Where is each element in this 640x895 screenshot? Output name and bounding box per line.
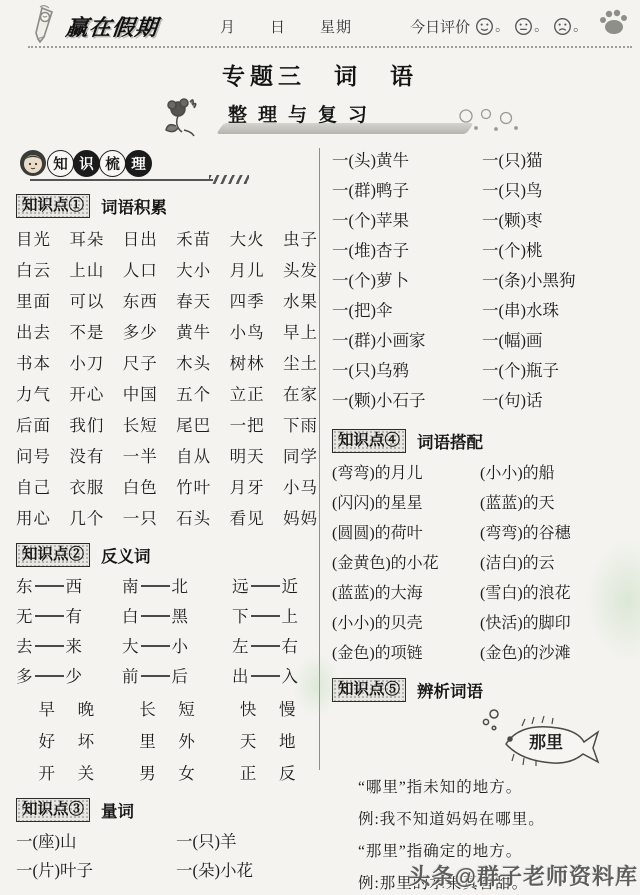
word-cell: 可以 [69,286,104,317]
antonym-pair: 南北 [122,572,232,602]
collocation-item: (小小)的船 [480,459,634,489]
antonym-pair: 下上 [232,602,318,632]
antonym-row: 多少 前后 出入 [16,662,318,692]
antonym-second: 短 [178,694,195,726]
date-fields: 月 日 星期 [220,16,352,37]
badge-char: 知 [47,150,74,177]
measure-word: 一(串)水珠 [482,296,634,326]
word-cell: 在家 [283,379,318,410]
word-cell: 目光 [16,224,51,255]
antonym-second: 上 [282,607,299,626]
word-cell: 妈妈 [283,503,318,534]
dash-line [141,615,170,617]
word-cell: 石头 [176,503,211,534]
collocation-item: (蓝蓝)的大海 [332,579,480,609]
measure-word: 一(只)鸟 [482,176,634,206]
antonym-pair: 无有 [16,602,122,632]
word-row: 后面我们长短尾巴一把下雨 [16,410,318,441]
evaluation-mark: 。 [573,16,587,36]
word-cell: 自己 [16,472,51,503]
word-cell: 早上 [283,317,318,348]
measure-word: 一(座)山 [16,827,176,856]
kp3-title: 量词 [101,798,134,822]
antonym-second: 小 [172,637,189,656]
antonym-first: 男 [139,758,156,790]
measure-word: 一(幅)画 [482,326,634,356]
word-cell: 尺子 [123,348,158,379]
kp3-badge: 知识点③ [16,798,90,822]
word-cell: 衣服 [69,472,104,503]
antonym-first: 去 [16,637,33,656]
dash-line [35,645,64,647]
measure-word: 一(朵)小花 [176,856,318,885]
evaluation-mark: 。 [495,16,509,36]
word-cell: 尾巴 [176,410,211,441]
antonym-pair: 远近 [232,572,318,602]
antonym-pair: 开关 [16,758,117,790]
measure-word: 一(只)羊 [176,827,318,856]
neutral-face-icon [514,17,533,36]
measure-word: 一(片)叶子 [16,856,176,885]
antonym-pair: 多少 [16,662,122,692]
antonym-first: 出 [232,667,249,686]
antonym-pair: 去来 [16,632,122,662]
word-cell: 看见 [230,503,265,534]
word-cell: 木头 [176,348,211,379]
collocation-item: (弯弯)的月儿 [332,459,480,489]
word-row: 力气开心中国五个立正在家 [16,379,318,410]
antonym-row: 开关 男女 正反 [16,758,318,790]
word-cell: 人口 [123,255,158,286]
kp5-title: 辨析词语 [417,678,483,702]
antonym-first: 大 [122,637,139,656]
measure-word: 一(条)小黑狗 [482,266,634,296]
antonym-first: 早 [39,694,56,726]
measure-word: 一(个)桃 [482,236,634,266]
word-cell: 月儿 [230,255,265,286]
kp1-header: 知识点① 词语积累 [16,194,318,218]
happy-face-icon [475,17,494,36]
word-cell: 小刀 [69,348,104,379]
kp3-header: 知识点③ 量词 [16,798,318,822]
antonym-first: 天 [240,726,257,758]
review-banner: 整理与复习 [162,100,492,140]
antonym-row: 好坏 里外 天地 [16,726,318,758]
antonym-second: 有 [66,607,83,626]
antonym-first: 南 [122,577,139,596]
word-cell: 多少 [123,317,158,348]
word-cell: 一只 [123,503,158,534]
watermark-text: 头条@群子老师资料库 [409,860,638,891]
word-cell: 一把 [230,410,265,441]
word-row: 自己衣服白色竹叶月牙小马 [16,472,318,503]
antonym-first: 白 [122,607,139,626]
knowledge-strip: 知 识 梳 理 [18,148,243,184]
paw-icon [597,7,631,37]
measure-word: 一(个)苹果 [332,206,482,236]
brand-logo: 赢在假期 [64,11,159,42]
strip-badges: 知 识 梳 理 [18,148,152,178]
collocation-item: (闪闪)的星星 [332,489,480,519]
collocation-item: (小小)的贝壳 [332,609,480,639]
word-cell: 白云 [16,255,51,286]
word-cell: 春天 [176,286,211,317]
antonym-first: 远 [232,577,249,596]
word-cell: 尘土 [283,348,318,379]
dash-line [251,585,280,587]
word-cell: 后面 [16,410,51,441]
strip-line [30,179,213,181]
antonym-first: 正 [240,758,257,790]
word-cell: 自从 [176,441,211,472]
word-cell: 黄牛 [176,317,211,348]
word-row: 里面可以东西春天四季水果 [16,286,318,317]
antonym-second: 女 [178,758,195,790]
antonym-second: 地 [279,726,296,758]
header-bar: 赢在假期 月 日 星期 今日评价 。 。 [28,6,632,48]
left-column: 知识点① 词语积累 目光耳朵日出禾苗大火虫子 白云上山人口大小月儿头发 里面可以… [16,194,318,885]
measure-word: 一(个)萝卜 [332,266,482,296]
antonym-pair: 早晚 [16,694,117,726]
word-cell: 长短 [123,410,158,441]
antonym-row: 无有 白黑 下上 [16,602,318,632]
antonym-row: 东西 南北 远近 [16,572,318,602]
kp1-title: 词语积累 [101,194,167,218]
antonym-first: 开 [39,758,56,790]
antonym-row: 早晚 长短 快慢 [16,694,318,726]
flower-icon [162,96,208,138]
dash-line [35,675,64,677]
month-label: 月 [220,16,236,37]
word-cell: 一半 [123,441,158,472]
measure-word: 一(只)猫 [482,146,634,176]
word-cell: 里面 [16,286,51,317]
antonym-second: 关 [78,758,95,790]
measure-word: 一(句)话 [482,386,634,416]
explanation-line: “哪里”指未知的地方。 [358,772,634,804]
word-cell: 白色 [123,472,158,503]
word-cell: 力气 [16,379,51,410]
word-cell: 出去 [16,317,51,348]
kp4-header: 知识点④ 词语搭配 [332,429,634,453]
word-row: 出去不是多少黄牛小鸟早上 [16,317,318,348]
evaluation-label: 今日评价 [410,16,470,37]
kp1-badge: 知识点① [16,194,90,218]
measure-word: 一(个)瓶子 [482,356,634,386]
word-cell: 日出 [123,224,158,255]
scan-tint [585,538,640,663]
badge-char: 识 [73,150,100,177]
measure-word: 一(颗)枣 [482,206,634,236]
antonym-first: 里 [139,726,156,758]
collocation-item: (金黄色)的小花 [332,549,480,579]
word-cell: 东西 [123,286,158,317]
word-accumulation-grid: 目光耳朵日出禾苗大火虫子 白云上山人口大小月儿头发 里面可以东西春天四季水果 出… [16,224,318,534]
antonym-pair: 白黑 [122,602,232,632]
word-cell: 明天 [230,441,265,472]
word-cell: 耳朵 [69,224,104,255]
antonym-first: 下 [232,607,249,626]
word-cell: 树林 [230,348,265,379]
worksheet-page: 赢在假期 月 日 星期 今日评价 。 。 [0,0,640,895]
kp2-badge: 知识点② [16,543,90,567]
word-cell: 月牙 [230,472,265,503]
word-cell: 书本 [16,348,51,379]
evaluation-group: 今日评价 。 。 。 [410,16,587,37]
word-cell: 小马 [283,472,318,503]
measure-words-left: 一(座)山一(只)羊一(片)叶子一(朵)小花 [16,827,318,885]
hatch-marks [209,175,249,184]
antonym-pair: 男女 [117,758,218,790]
dash-line [251,675,280,677]
word-cell: 头发 [283,255,318,286]
measure-word: 一(颗)小石子 [332,386,482,416]
measure-word: 一(把)伞 [332,296,482,326]
word-cell: 几个 [69,503,104,534]
page-title: 专题三 词 语 [0,58,640,91]
measure-word: 一(头)黄牛 [332,146,482,176]
dash-line [35,585,64,587]
word-cell: 上山 [69,255,104,286]
antonym-second: 西 [66,577,83,596]
antonym-first: 好 [39,726,56,758]
dash-line [251,645,280,647]
antonym-plain-rows: 早晚 长短 快慢 好坏 里外 天地 [16,694,318,790]
antonym-pair: 好坏 [16,726,117,758]
antonym-first: 快 [240,694,257,726]
word-row: 书本小刀尺子木头树林尘土 [16,348,318,379]
word-cell: 四季 [230,286,265,317]
word-cell: 大火 [230,224,265,255]
antonym-dash-rows: 东西 南北 远近 无有 白黑 下上 [16,572,318,692]
measure-word: 一(群)小画家 [332,326,482,356]
word-row: 白云上山人口大小月儿头发 [16,255,318,286]
antonym-second: 反 [279,758,296,790]
antonym-first: 左 [232,637,249,656]
dash-line [141,585,170,587]
word-cell: 同学 [283,441,318,472]
antonym-second: 后 [172,667,189,686]
kp2-header: 知识点② 反义词 [16,543,318,567]
badge-char: 梳 [99,150,126,177]
dash-line [141,675,170,677]
word-cell: 禾苗 [176,224,211,255]
word-cell: 开心 [69,379,104,410]
word-row: 问号没有一半自从明天同学 [16,441,318,472]
word-cell: 水果 [283,286,318,317]
word-cell: 五个 [176,379,211,410]
antonym-second: 北 [172,577,189,596]
antonym-second: 晚 [78,694,95,726]
antonym-first: 东 [16,577,33,596]
badge-char: 理 [125,150,152,177]
scan-tint [293,652,341,718]
evaluation-mark: 。 [534,16,548,36]
word-cell: 小鸟 [230,317,265,348]
word-cell: 大小 [176,255,211,286]
collocation-item: (圆圆)的荷叶 [332,519,480,549]
kp4-title: 词语搭配 [417,429,483,453]
kp5-header: 知识点⑤ 辨析词语 [332,678,634,702]
word-cell: 问号 [16,441,51,472]
dash-line [35,615,64,617]
weekday-label: 星期 [320,16,352,37]
word-cell: 中国 [123,379,158,410]
word-cell: 虫子 [283,224,318,255]
collocation-item: (金色)的项链 [332,639,480,669]
antonym-pair: 长短 [117,694,218,726]
word-row: 用心几个一只石头看见妈妈 [16,503,318,534]
antonym-first: 多 [16,667,33,686]
word-cell: 立正 [230,379,265,410]
fish-icon: 那里 [480,706,610,770]
antonym-pair: 里外 [117,726,218,758]
antonym-second: 少 [66,667,83,686]
right-column: 一(头)黄牛一(只)猫一(群)鸭子一(只)鸟一(个)苹果一(颗)枣一(堆)杏子一… [332,146,634,895]
antonym-second: 黑 [172,607,189,626]
collocation-item: (蓝蓝)的天 [480,489,634,519]
measure-word: 一(群)鸭子 [332,176,482,206]
fish-doodle: 那里 [480,706,610,770]
antonym-first: 无 [16,607,33,626]
antonym-first: 前 [122,667,139,686]
word-row: 目光耳朵日出禾苗大火虫子 [16,224,318,255]
antonym-pair: 天地 [217,726,318,758]
antonym-first: 长 [139,694,156,726]
word-cell: 我们 [69,410,104,441]
word-cell: 没有 [69,441,104,472]
antonym-second: 外 [178,726,195,758]
dash-line [251,615,280,617]
antonym-second: 近 [282,577,299,596]
antonym-pair: 前后 [122,662,232,692]
word-cell: 竹叶 [176,472,211,503]
bubbles-icon [454,106,524,134]
word-cell: 用心 [16,503,51,534]
antonym-pair: 大小 [122,632,232,662]
kid-face-icon [18,148,48,178]
dash-line [141,645,170,647]
banner-title: 整理与复习 [228,100,378,127]
measure-word: 一(只)乌鸦 [332,356,482,386]
sad-face-icon [553,17,572,36]
antonym-second: 来 [66,637,83,656]
kp4-badge: 知识点④ [332,429,406,453]
antonym-pair: 东西 [16,572,122,602]
kp5-badge: 知识点⑤ [332,678,406,702]
explanation-line: 例:我不知道妈妈在哪里。 [358,804,634,836]
word-cell: 不是 [69,317,104,348]
kp2-title: 反义词 [101,543,151,567]
measure-words-right: 一(头)黄牛一(只)猫一(群)鸭子一(只)鸟一(个)苹果一(颗)枣一(堆)杏子一… [332,146,634,416]
word-cell: 下雨 [283,410,318,441]
day-label: 日 [270,16,286,37]
antonym-row: 去来 大小 左右 [16,632,318,662]
measure-word: 一(堆)杏子 [332,236,482,266]
fish-label: 那里 [529,733,563,752]
antonym-pair: 正反 [217,758,318,790]
pencil-mascot-icon [28,5,62,43]
antonym-second: 坏 [78,726,95,758]
